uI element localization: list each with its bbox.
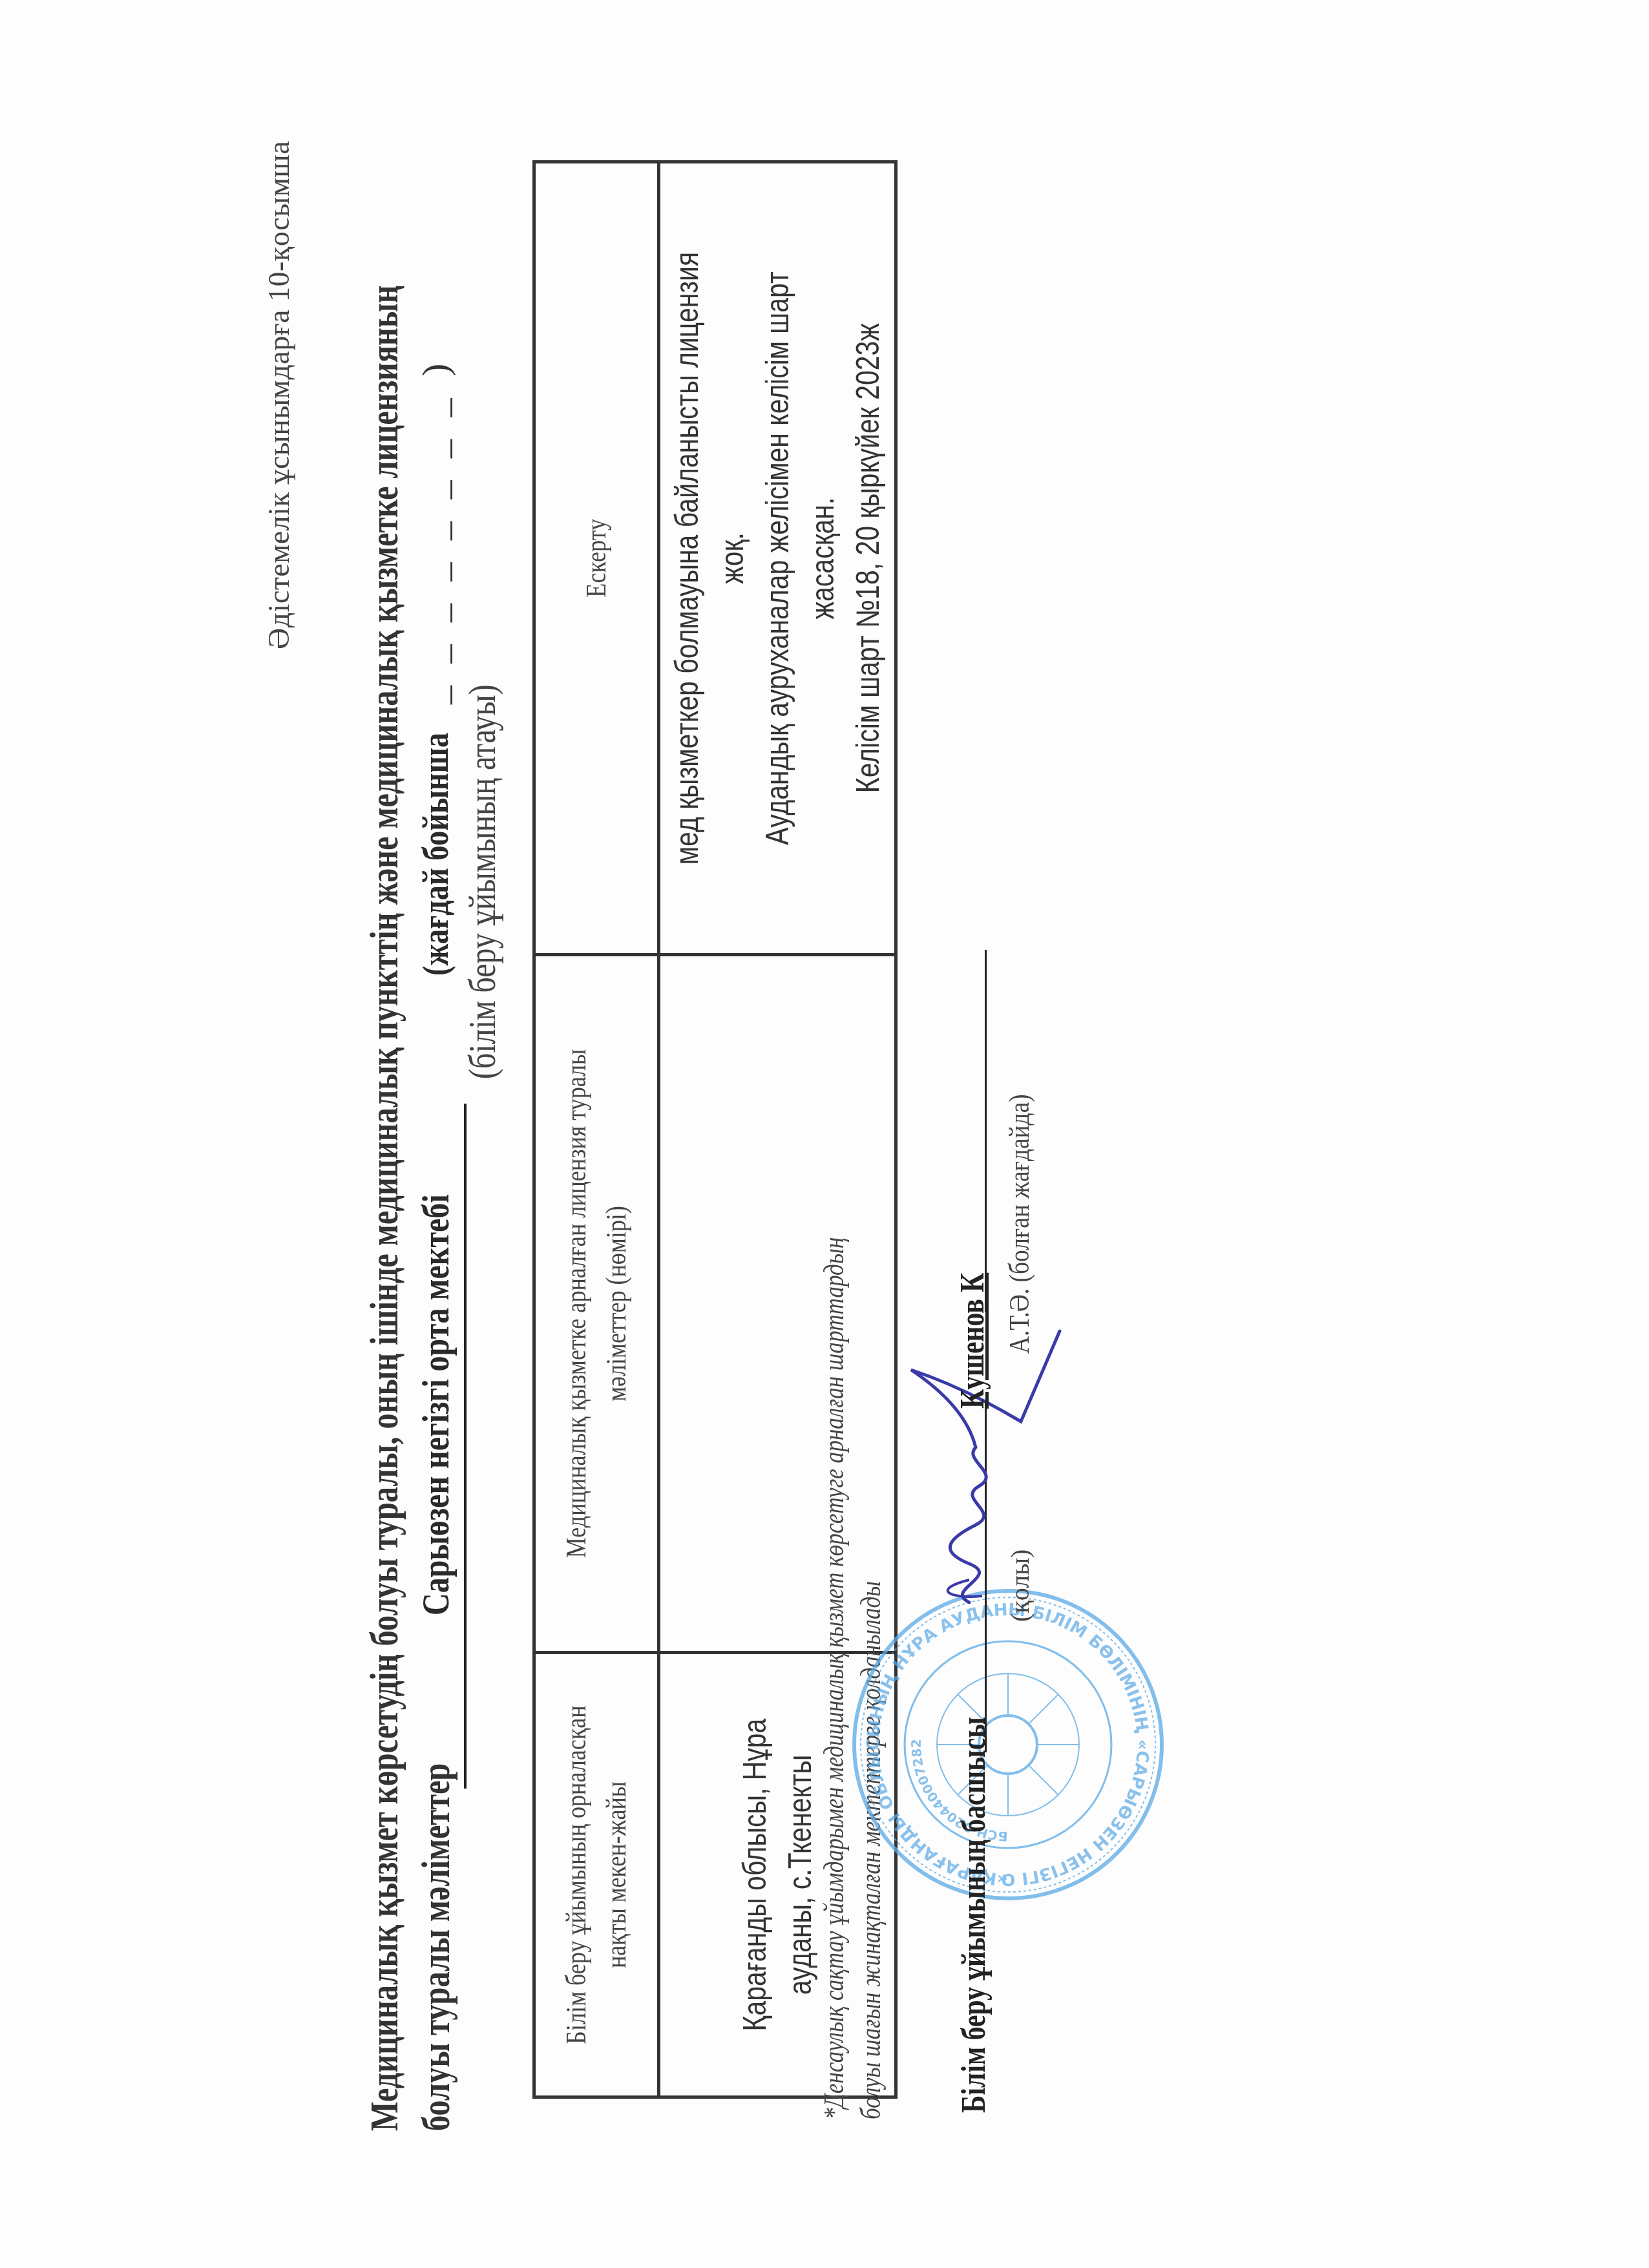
- organization-caption: (білім беру ұйымының атауы): [460, 684, 505, 1079]
- document-title-line1: Медициналық қызмет көрсетудің болуы тура…: [362, 285, 408, 2131]
- signature-label: Білім беру ұйымының басшысы: [955, 1717, 993, 2113]
- name-caption: А.Т.Ә. (болған жағдайда): [1003, 1094, 1036, 1354]
- header-note: Ескерту: [534, 162, 659, 955]
- condition-blank: _ _ _ _ _ _ _ _ ): [414, 357, 457, 704]
- table-header-row: Білім беру ұйымының орналасқан нақты мек…: [534, 162, 659, 2097]
- document-title-line2: болуы туралы мәліметтер: [414, 1763, 459, 2131]
- signature-caption: (қолы): [1005, 1549, 1035, 1622]
- name-line: [985, 950, 987, 1312]
- footnote-line1: *Денсаулық сақтау ұйымдарымен медициналы…: [817, 1237, 850, 2119]
- cell-note: мед қызметкер болмауына байланысты лицен…: [659, 162, 896, 955]
- organization-underline: [464, 1104, 467, 1789]
- document-page: Әдістемелік ұсынымдарға 10-қосымша Медиц…: [0, 0, 1649, 2268]
- official-stamp-icon: «ҚАРАҒАНДЫ ОБЛЫСЫНЫҢ НҰРА АУДАНЫ БІЛІМ Б…: [846, 1583, 1170, 1906]
- header-license: Медициналық қызметке арналған лицензия т…: [534, 955, 659, 1653]
- header-address: Білім беру ұйымының орналасқан нақты мек…: [534, 1653, 659, 2097]
- organization-name: Сарыөзен негізгі орта мектебі: [414, 1194, 458, 1615]
- cell-license: [659, 955, 896, 1653]
- appendix-label: Әдістемелік ұсынымдарға 10-қосымша: [262, 141, 296, 649]
- condition-label: (жағдай бойынша: [414, 733, 457, 976]
